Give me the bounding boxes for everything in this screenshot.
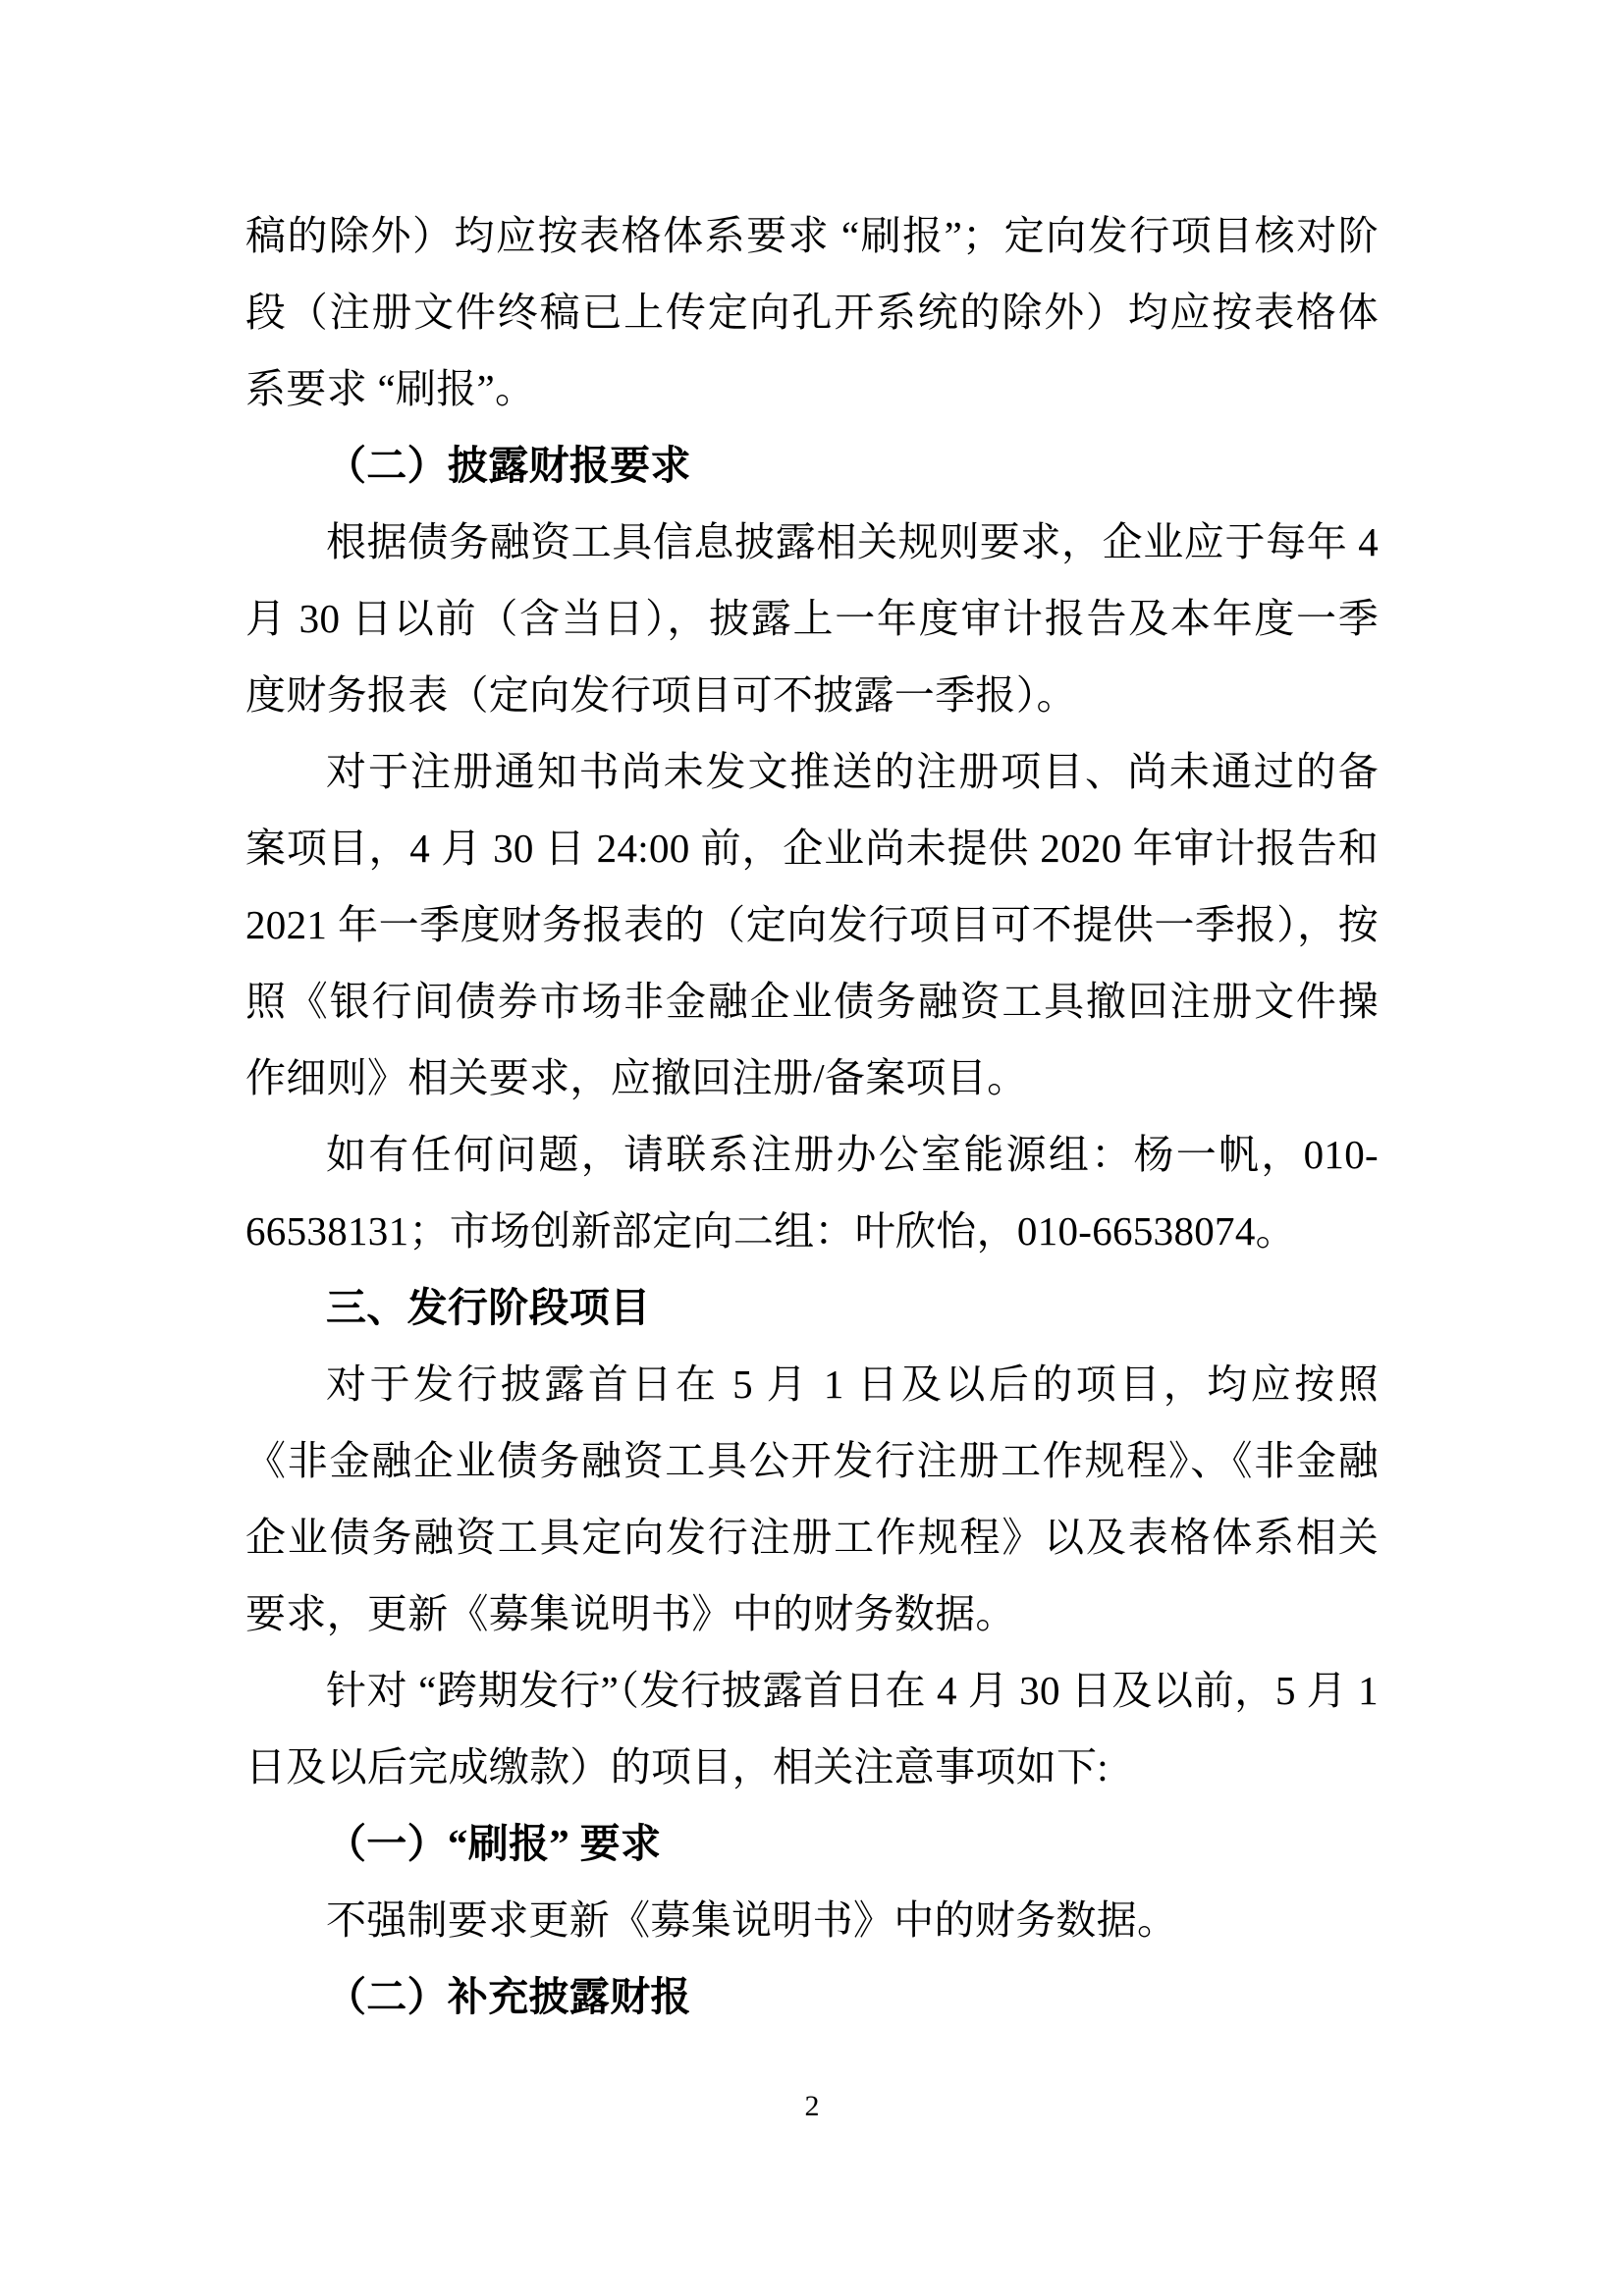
page-number: 2: [0, 2089, 1624, 2124]
paragraph-annual-disclosure-rule: 根据债务融资工具信息披露相关规则要求，企业应于每年 4 月 30 日以前（含当日…: [245, 504, 1379, 733]
heading-section-3-issuance-stage-projects: 三、发行阶段项目: [245, 1269, 1379, 1346]
paragraph-contact-info: 如有任何问题，请联系注册办公室能源组：杨一帆，010-66538131；市场创新…: [245, 1116, 1379, 1269]
document-page: 稿的除外）均应按表格体系要求 “刷报”；定向发行项目核对阶段（注册文件终稿已上传…: [0, 0, 1624, 2296]
heading-section-2-financial-report-disclosure: （二）披露财报要求: [245, 427, 1379, 504]
heading-sub-1-shuabao-requirement: （一）“刷报” 要求: [245, 1805, 1379, 1882]
heading-sub-2-supplementary-disclosure: （二）补充披露财报: [245, 1958, 1379, 2035]
paragraph-issuance-after-may-1: 对于发行披露首日在 5 月 1 日及以后的项目，均应按照《非金融企业债务融资工具…: [245, 1346, 1379, 1652]
paragraph-withdrawal-rule: 对于注册通知书尚未发文推送的注册项目、尚未通过的备案项目，4 月 30 日 24…: [245, 733, 1379, 1116]
paragraph-no-mandatory-update: 不强制要求更新《募集说明书》中的财务数据。: [245, 1882, 1379, 1958]
paragraph-continuation-shuabao-requirement: 稿的除外）均应按表格体系要求 “刷报”；定向发行项目核对阶段（注册文件终稿已上传…: [245, 197, 1379, 427]
document-text-block: 稿的除外）均应按表格体系要求 “刷报”；定向发行项目核对阶段（注册文件终稿已上传…: [245, 197, 1379, 2035]
paragraph-cross-period-issuance: 针对 “跨期发行”（发行披露首日在 4 月 30 日及以前，5 月 1 日及以后…: [245, 1652, 1379, 1805]
